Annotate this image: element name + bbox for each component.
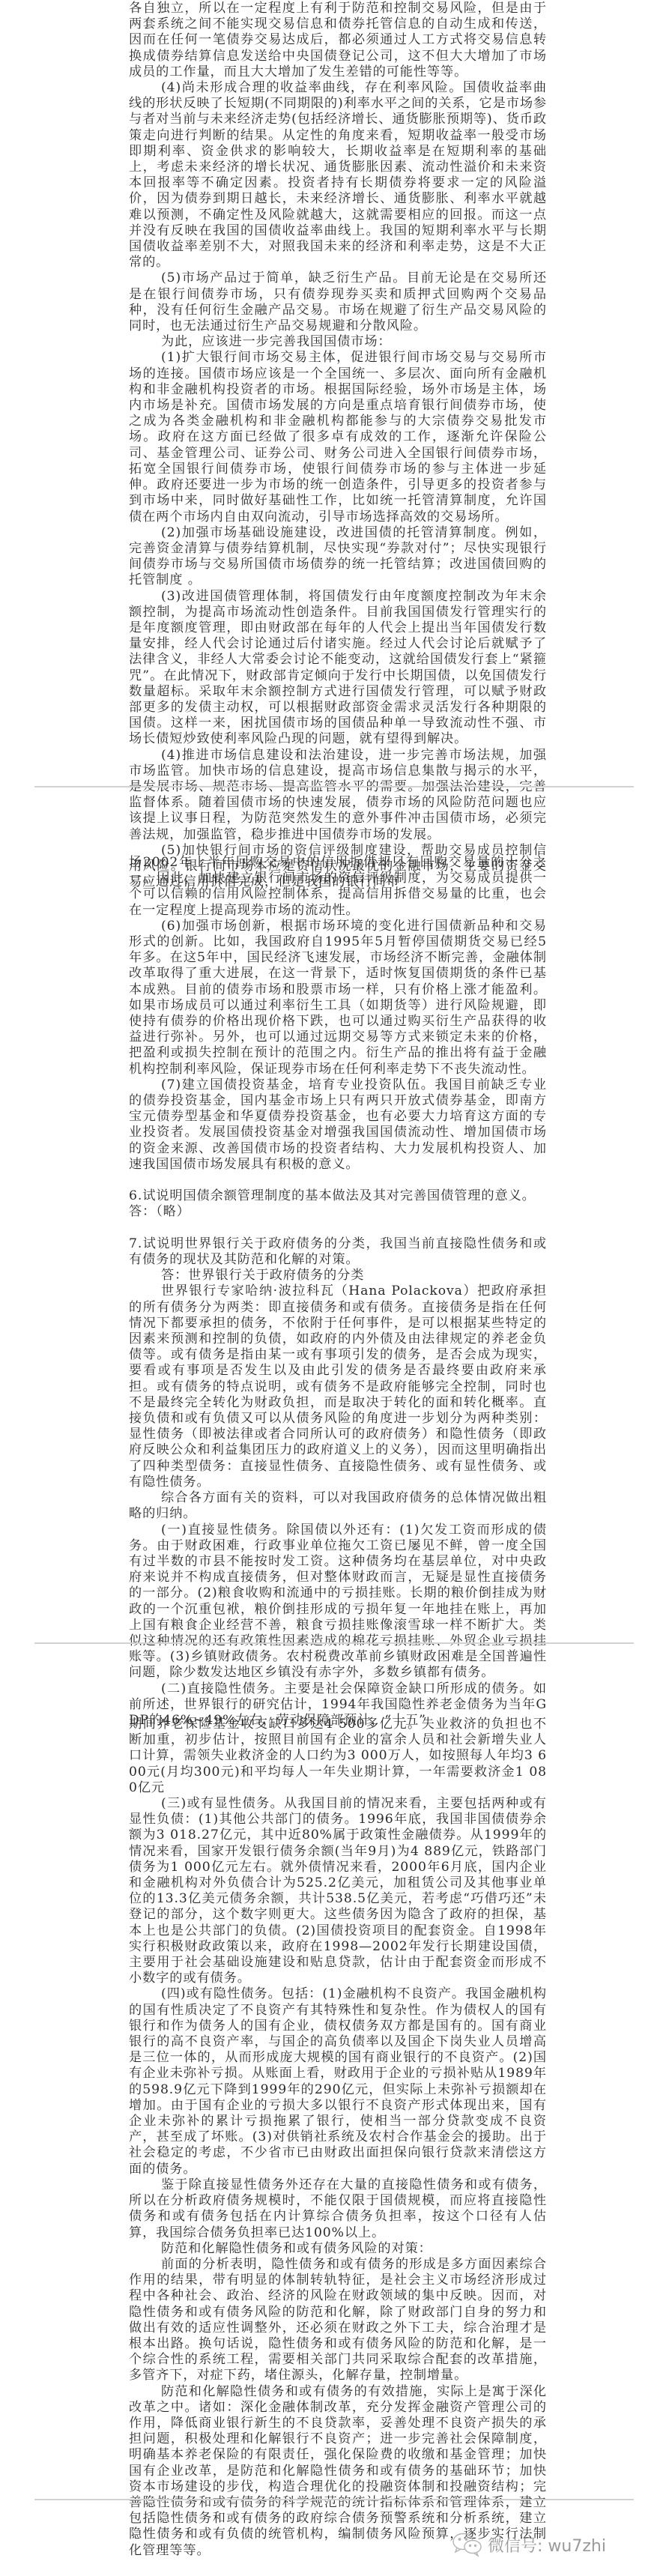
- paragraph: (4)推进市场信息建设和法治建设，进一步完善市场法规，加强市场监管。加快市场的信…: [129, 748, 547, 843]
- watermark-text: 微信号: wu7zhi: [488, 2533, 606, 2557]
- wechat-icon: [452, 2532, 483, 2557]
- paragraph: 鉴于除直接显性债务外还存在大量的直接隐性债务和或有债务，所以在分析政府债务规模时…: [129, 2177, 547, 2241]
- page-separator: [34, 786, 634, 787]
- page-1: 各自独立，所以在一定程度上有利于防范和控制交易风险，但是由于两套系统之间不能实现…: [129, 1, 547, 890]
- page-3: 期间养老保险基金收支缺口多达4 500多亿元。失业救济的负担也不断加重，初步估计…: [129, 1717, 547, 2559]
- paragraph: (3)改进国债管理体制，将国债发行由年度额度控制改为年末余额控制，为提高市场流动…: [129, 589, 547, 748]
- paragraph: 场2002年上半年回购交易中的信用拆借却只有回购交易量的十分之一。因此，加快建立…: [129, 855, 547, 919]
- wechat-watermark: 微信号: wu7zhi: [452, 2531, 606, 2558]
- page-separator: [34, 1642, 634, 1644]
- page-2: 场2002年上半年回购交易中的信用拆借却只有回购交易量的十分之一。因此，加快建立…: [129, 855, 547, 1729]
- page-separator: [34, 2499, 634, 2500]
- paragraph: (2)加强市场基础设施建设，改进国债的托管清算制度。例如，完善资金清算与债券结算…: [129, 525, 547, 589]
- paragraph: 防范和化解隐性债务和或有债务风险的对策：: [129, 2241, 547, 2257]
- paragraph: 期间养老保险基金收支缺口多达4 500多亿元。失业救济的负担也不断加重，初步估计…: [129, 1717, 547, 1796]
- paragraph: (一)直接显性债务。除国债以外还有：(1)欠发工资而形成的债务。由于财政困难，行…: [129, 1523, 547, 1681]
- paragraph: (四)或有隐性债务。包括：(1)金融机构不良资产。我国金融机构的国有性质决定了不…: [129, 1986, 547, 2177]
- paragraph: (4)尚未形成合理的收益率曲线，存在利率风险。国债收益率曲线的形状反映了长短期(…: [129, 80, 547, 270]
- paragraph: 综合各方面有关的资料，可以对我国政府债务的总体情况做出粗略的归纳。: [129, 1490, 547, 1522]
- paragraph: 世界银行专家哈纳·波拉科瓦（Hana Polackova）把政府承担的所有债务分…: [129, 1284, 547, 1490]
- paragraph: (5)市场产品过于简单，缺乏衍生产品。目前无论是在交易所还是在银行间债券市场，只…: [129, 270, 547, 334]
- paragraph: 前面的分析表明，隐性债务和或有债务的形成是多方面因素综合作用的结果，带有明显的体…: [129, 2257, 547, 2384]
- paragraph: 各自独立，所以在一定程度上有利于防范和控制交易风险，但是由于两套系统之间不能实现…: [129, 1, 547, 80]
- paragraph: 7.试说明世界银行关于政府债务的分类，我国当前直接隐性债务和或有债务的现状及其防…: [129, 1236, 547, 1268]
- paragraph: 6.试说明国债余额管理制度的基本做法及其对完善国债管理的意义。: [129, 1188, 547, 1204]
- paragraph: 答：（略）: [129, 1204, 547, 1220]
- paragraph: (7)建立国债投资基金，培育专业投资队伍。我国目前缺乏专业的债券投资基金，国内基…: [129, 1077, 547, 1173]
- paragraph: (6)加强市场创新，根据市场环境的变化进行国债新品种和交易形式的创新。比如，我国…: [129, 919, 547, 1077]
- paragraph: (1)扩大银行间市场交易主体，促进银行间市场交易与交易所市场的连接。国债市场应该…: [129, 350, 547, 524]
- paragraph: 为此，应该进一步完善我国国债市场：: [129, 334, 547, 350]
- paragraph: 答：世界银行关于政府债务的分类: [129, 1268, 547, 1284]
- paragraph: (三)或有显性债务。从我国目前的情况来看，主要包括两种或有显性负债：(1)其他公…: [129, 1796, 547, 1986]
